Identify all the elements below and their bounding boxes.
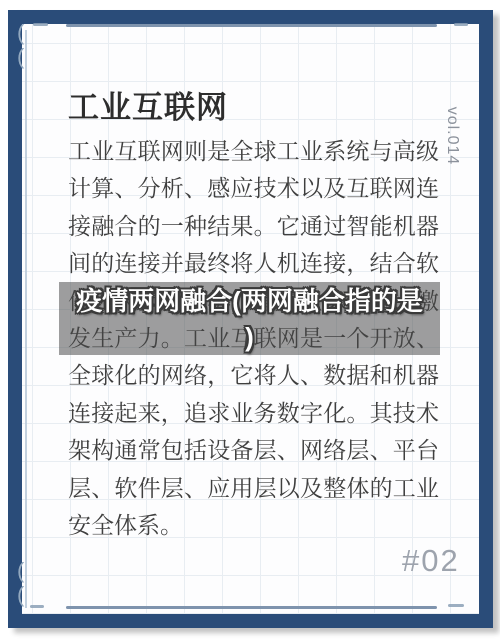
body-text-line: 连接起来，追求业务数字化。其技术 (68, 395, 439, 432)
body-text-line: 工业互联网则是全球工业系统与高级 (68, 133, 439, 170)
binder-hook-icon: ( (17, 46, 24, 68)
body-text-line: 层、软件层、应用层以及整体的工业 (68, 470, 439, 507)
bottom-right-dash-icon (448, 604, 464, 607)
bottom-rule-line (66, 606, 437, 609)
body-text-line: 计算、分析、感应技术以及互联网连 (68, 170, 439, 207)
body-text-line: 架构通常包括设备层、网络层、平台 (68, 432, 439, 469)
binder-hook-icon: ( (17, 584, 24, 606)
headline-paren: ) (245, 319, 254, 355)
top-rule-line (66, 24, 437, 27)
volume-label: vol.014 (443, 107, 461, 166)
top-left-dash-icon (33, 23, 48, 26)
card-title: 工业互联网 (68, 82, 439, 127)
headline-text: 疫情两网融合(两网融合指的是 (76, 283, 423, 319)
binder-hook-icon: ( (17, 560, 24, 582)
body-text-line: 安全体系。 (68, 507, 439, 544)
binder-hook-icon: ( (17, 22, 24, 44)
body-text-line: 全球化的网络，它将人、数据和机器 (68, 357, 439, 394)
left-margin-line (25, 30, 27, 608)
page-number: #02 (402, 543, 460, 579)
body-text-line: 间的连接并最终将人机连接，结合软 (68, 245, 439, 282)
headline-overlay: 疫情两网融合(两网融合指的是 ) (59, 282, 440, 355)
poster-canvas: ( ( ( ( 工业互联网 工业互联网则是全球工业系统与高级计算、分析、感应技术… (0, 0, 500, 640)
top-right-dash-icon (454, 23, 468, 26)
bottom-left-dash-icon (30, 605, 44, 608)
body-text-line: 接融合的一种结果。它通过智能机器 (68, 208, 439, 245)
